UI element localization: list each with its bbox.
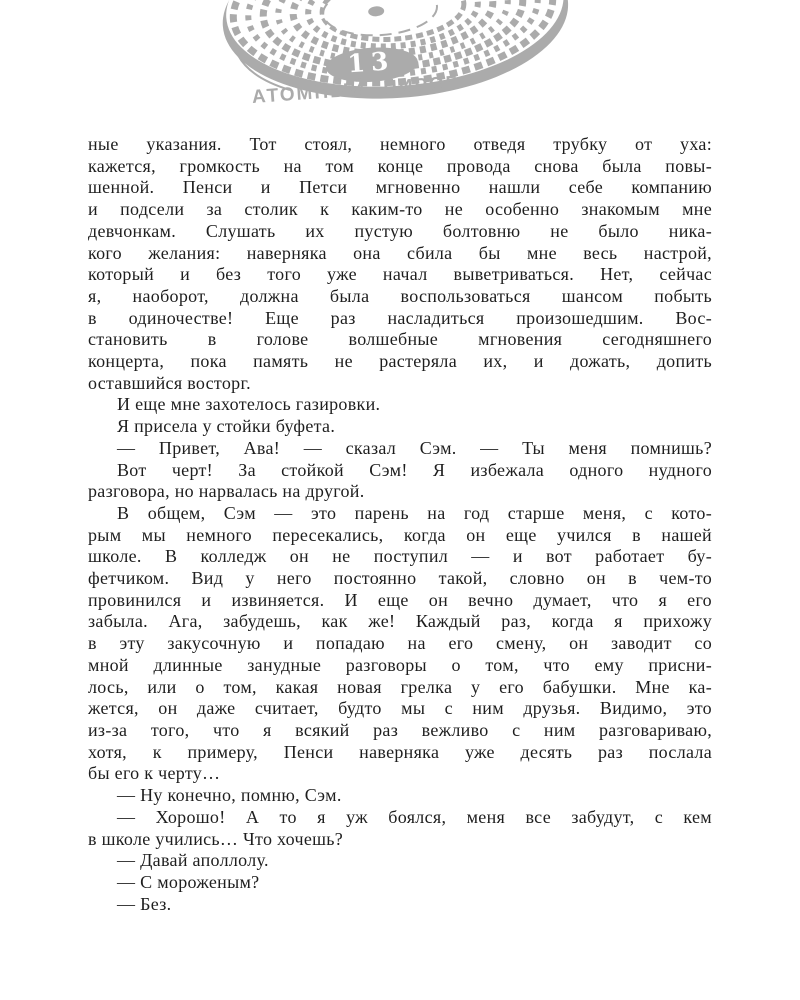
text-line: разговора, но нарвалась на другой.: [88, 481, 712, 503]
text-line: оставшийся восторг.: [88, 373, 712, 395]
text-line: кажется, громкость на том конце провода …: [88, 156, 712, 178]
text-line: становить в голове волшебные мгновения с…: [88, 329, 712, 351]
text-line: хотя, к примеру, Пенси наверняка уже дес…: [88, 742, 712, 764]
text-line: в одиночестве! Еще раз насладиться произ…: [88, 308, 712, 330]
text-line: фетчиком. Вид у него постоянно такой, сл…: [88, 568, 712, 590]
text-line: — Привет, Ава! — сказал Сэм. — Ты меня п…: [88, 438, 712, 460]
text-line: — Хорошо! А то я уж боялся, меня все заб…: [88, 807, 712, 829]
text-line: забыла. Ага, забудешь, как же! Каждый ра…: [88, 611, 712, 633]
text-line: и подсели за столик к каким-то не особен…: [88, 199, 712, 221]
text-line: шенной. Пенси и Петси мгновенно нашли се…: [88, 177, 712, 199]
text-line: кого желания: наверняка она сбила бы мне…: [88, 243, 712, 265]
book-page: 13 АТОМНЫЙ ПИРОГ ные указания. Тот стоял…: [0, 0, 800, 1000]
text-line: рым мы немного пересекались, когда он ещ…: [88, 525, 712, 547]
text-line: В общем, Сэм — это парень на год старше …: [88, 503, 712, 525]
text-line: девчонкам. Слушать их пустую болтовню не…: [88, 221, 712, 243]
page-text: ные указания. Тот стоял, немного отведя …: [88, 134, 712, 915]
text-line: жется, он даже считает, будто мы с ним д…: [88, 698, 712, 720]
text-line: лось, или о том, какая новая грелка у ег…: [88, 677, 712, 699]
text-line: в школе учились… Что хочешь?: [88, 829, 712, 851]
text-line: И еще мне захотелось газировки.: [88, 394, 712, 416]
text-line: школе. В колледж он не поступил — и вот …: [88, 546, 712, 568]
chapter-number: 13: [333, 46, 403, 81]
text-line: концерта, пока память не растеряла их, и…: [88, 351, 712, 373]
text-line: который и без того уже начал выветривать…: [88, 264, 712, 286]
text-line: — Ну конечно, помню, Сэм.: [88, 785, 712, 807]
text-line: бы его к черту…: [88, 763, 712, 785]
text-line: Я присела у стойки буфета.: [88, 416, 712, 438]
text-line: — С мороженым?: [88, 872, 712, 894]
text-line: — Без.: [88, 894, 712, 916]
text-line: ные указания. Тот стоял, немного отведя …: [88, 134, 712, 156]
text-line: провинился и извиняется. И еще он вечно …: [88, 590, 712, 612]
text-line: мной длинные занудные разговоры о том, ч…: [88, 655, 712, 677]
text-line: Вот черт! За стойкой Сэм! Я избежала одн…: [88, 460, 712, 482]
page-header: 13 АТОМНЫЙ ПИРОГ: [0, 0, 800, 135]
text-line: из-за того, что я всякий раз вежливо с н…: [88, 720, 712, 742]
text-line: в эту закусочную и попадаю на его смену,…: [88, 633, 712, 655]
text-line: я, наоборот, должна была воспользоваться…: [88, 286, 712, 308]
text-line: — Давай аполлолу.: [88, 850, 712, 872]
